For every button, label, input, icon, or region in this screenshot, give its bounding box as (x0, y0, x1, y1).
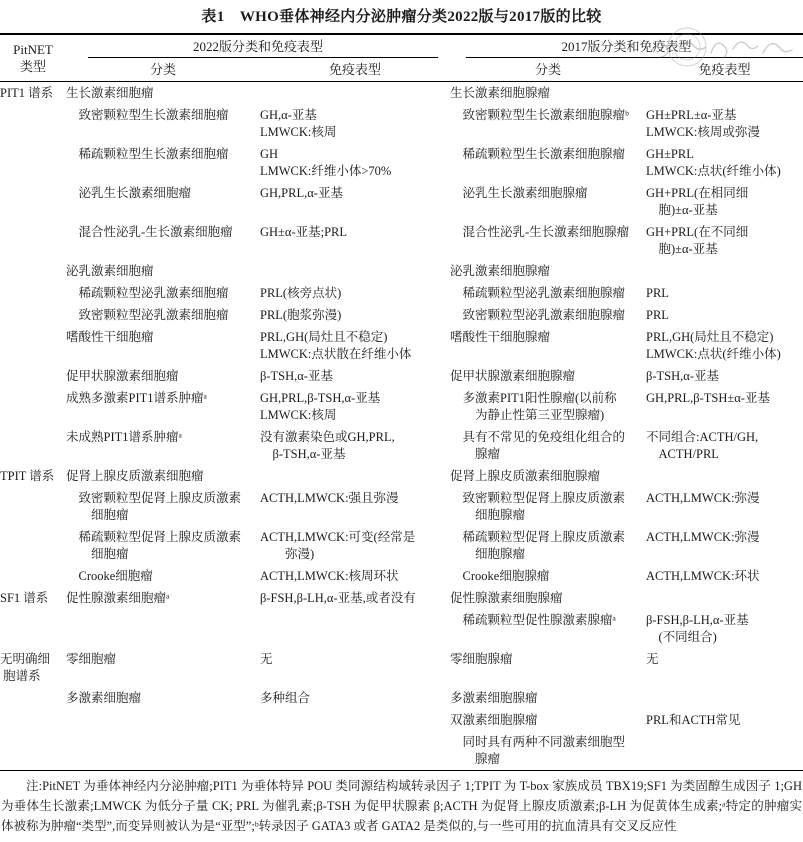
cell-lineage (0, 326, 66, 365)
cell-2017-class: 稀疏颗粒型生长激素细胞腺瘤 (450, 143, 646, 182)
cell-2017-immunophenotype: GH,PRL,β-TSH±α-亚基 (646, 387, 803, 426)
cell-2017-class: 稀疏颗粒型促肾上腺皮质激素 细胞腺瘤 (450, 526, 646, 565)
table-row: 稀疏颗粒型泌乳激素细胞瘤PRL(核旁点状) 稀疏颗粒型泌乳激素细胞腺瘤PRL (0, 282, 803, 304)
cell-2022-class: 混合性泌乳-生长激素细胞瘤 (66, 221, 260, 260)
cell-2017-immunophenotype: GH+PRL(在相同细 胞)±α-亚基 (646, 182, 803, 221)
cell-2022-immunophenotype: PRL(核旁点状) (260, 282, 450, 304)
cell-2017-class: 具有不常见的免疫组化组合的 腺瘤 (450, 426, 646, 465)
cell-2022-class: 稀疏颗粒型生长激素细胞瘤 (66, 143, 260, 182)
cell-2017-immunophenotype: β-TSH,α-亚基 (646, 365, 803, 387)
cell-2022-class (66, 731, 260, 771)
table-row: 双激素细胞腺瘤PRL和ACTH常见 (0, 709, 803, 731)
cell-2017-class: 致密颗粒型促肾上腺皮质激素 细胞腺瘤 (450, 487, 646, 526)
table-row: TPIT 谱系促肾上腺皮质激素细胞瘤促肾上腺皮质激素细胞腺瘤 (0, 465, 803, 487)
cell-lineage: TPIT 谱系 (0, 465, 66, 487)
cell-lineage (0, 282, 66, 304)
cell-2022-immunophenotype (260, 709, 450, 731)
cell-2017-class: 嗜酸性干细胞腺瘤 (450, 326, 646, 365)
cell-2017-immunophenotype: GH±PRL±α-亚基 LMWCK:核周或弥漫 (646, 104, 803, 143)
cell-2022-class: 多激素细胞瘤 (66, 687, 260, 709)
table-row: SF1 谱系促性腺激素细胞瘤ᵃβ-FSH,β-LH,α-亚基,或者没有促性腺激素… (0, 587, 803, 609)
cell-2017-immunophenotype (646, 260, 803, 282)
cell-2017-class: 稀疏颗粒型泌乳激素细胞腺瘤 (450, 282, 646, 304)
cell-2022-class: 零细胞瘤 (66, 648, 260, 687)
cell-2022-immunophenotype: GH,α-亚基 LMWCK:核周 (260, 104, 450, 143)
table-row: 无明确细 胞谱系零细胞瘤无零细胞腺瘤无 (0, 648, 803, 687)
cell-2017-class: 多激素细胞腺瘤 (450, 687, 646, 709)
cell-2017-immunophenotype: 不同组合:ACTH/GH, ACTH/PRL (646, 426, 803, 465)
header-class-2022: 分类 (66, 58, 260, 82)
cell-2017-class: 双激素细胞腺瘤 (450, 709, 646, 731)
cell-2022-immunophenotype: PRL,GH(局灶且不稳定) LMWCK:点状散在纤维小体 (260, 326, 450, 365)
table-row: Crooke细胞瘤ACTH,LMWCK:核周环状 Crooke细胞腺瘤ACTH,… (0, 565, 803, 587)
cell-2022-immunophenotype: ACTH,LMWCK:核周环状 (260, 565, 450, 587)
cell-2022-immunophenotype (260, 260, 450, 282)
cell-2017-immunophenotype: ACTH,LMWCK:弥漫 (646, 487, 803, 526)
cell-2017-immunophenotype (646, 465, 803, 487)
table-row: 多激素细胞瘤多种组合多激素细胞腺瘤 (0, 687, 803, 709)
table-row: 泌乳激素细胞瘤泌乳激素细胞腺瘤 (0, 260, 803, 282)
cell-lineage (0, 731, 66, 771)
cell-2017-class: Crooke细胞腺瘤 (450, 565, 646, 587)
cell-2017-immunophenotype (646, 731, 803, 771)
cell-2022-immunophenotype: GH,PRL,β-TSH,α-亚基 LMWCK:核周 (260, 387, 450, 426)
cell-lineage (0, 609, 66, 648)
header-pitnet-type: PitNET 类型 (0, 34, 66, 82)
cell-2017-immunophenotype: PRL (646, 282, 803, 304)
table-row: 致密颗粒型生长激素细胞瘤GH,α-亚基 LMWCK:核周 致密颗粒型生长激素细胞… (0, 104, 803, 143)
cell-2017-class: 混合性泌乳-生长激素细胞腺瘤 (450, 221, 646, 260)
cell-2022-class: 致密颗粒型泌乳激素细胞瘤 (66, 304, 260, 326)
cell-lineage (0, 104, 66, 143)
cell-2017-immunophenotype: GH±PRL LMWCK:点状(纤维小体) (646, 143, 803, 182)
cell-2017-immunophenotype: PRL和ACTH常见 (646, 709, 803, 731)
cell-2022-immunophenotype: β-TSH,α-亚基 (260, 365, 450, 387)
cell-2022-immunophenotype: 多种组合 (260, 687, 450, 709)
cell-2022-immunophenotype (260, 609, 450, 648)
cell-2022-class (66, 609, 260, 648)
table-row: 促甲状腺激素细胞瘤β-TSH,α-亚基促甲状腺激素细胞腺瘤β-TSH,α-亚基 (0, 365, 803, 387)
cell-lineage: PIT1 谱系 (0, 82, 66, 105)
comparison-table: PitNET 类型 2022版分类和免疫表型 2017版分类和免疫表型 分类 免… (0, 33, 803, 771)
cell-2017-class: 多激素PIT1阳性腺瘤(以前称 为静止性第三亚型腺瘤) (450, 387, 646, 426)
cell-lineage (0, 565, 66, 587)
cell-2017-immunophenotype: PRL (646, 304, 803, 326)
cell-2022-immunophenotype: ACTH,LMWCK:可变(经常是 弥漫) (260, 526, 450, 565)
cell-2017-class: 泌乳激素细胞腺瘤 (450, 260, 646, 282)
cell-lineage: SF1 谱系 (0, 587, 66, 609)
header-group-2022: 2022版分类和免疫表型 (66, 34, 450, 58)
cell-2022-immunophenotype (260, 465, 450, 487)
cell-2022-class: 促甲状腺激素细胞瘤 (66, 365, 260, 387)
cell-lineage (0, 143, 66, 182)
cell-2022-class: 稀疏颗粒型泌乳激素细胞瘤 (66, 282, 260, 304)
cell-2022-class: 促肾上腺皮质激素细胞瘤 (66, 465, 260, 487)
cell-2022-immunophenotype: PRL(胞浆弥漫) (260, 304, 450, 326)
cell-2017-immunophenotype: 无 (646, 648, 803, 687)
cell-2022-class: 稀疏颗粒型促肾上腺皮质激素 细胞瘤 (66, 526, 260, 565)
cell-2017-immunophenotype (646, 82, 803, 105)
cell-lineage (0, 387, 66, 426)
cell-2022-class: 嗜酸性干细胞瘤 (66, 326, 260, 365)
cell-lineage (0, 709, 66, 731)
cell-2022-class: 致密颗粒型生长激素细胞瘤 (66, 104, 260, 143)
cell-2022-class: 泌乳激素细胞瘤 (66, 260, 260, 282)
cell-2017-immunophenotype: ACTH,LMWCK:环状 (646, 565, 803, 587)
table-row: 成熟多激素PIT1谱系肿瘤ᵃGH,PRL,β-TSH,α-亚基 LMWCK:核周… (0, 387, 803, 426)
table-row: 嗜酸性干细胞瘤PRL,GH(局灶且不稳定) LMWCK:点状散在纤维小体嗜酸性干… (0, 326, 803, 365)
cell-2022-class: Crooke细胞瘤 (66, 565, 260, 587)
table-note: 注:PitNET 为垂体神经内分泌肿瘤;PIT1 为垂体特异 POU 类同源结构… (1, 776, 802, 836)
table-row: 同时具有两种不同激素细胞型 腺瘤 (0, 731, 803, 771)
table-row: 致密颗粒型泌乳激素细胞瘤PRL(胞浆弥漫) 致密颗粒型泌乳激素细胞腺瘤PRL (0, 304, 803, 326)
table-row: 稀疏颗粒型促肾上腺皮质激素 细胞瘤ACTH,LMWCK:可变(经常是 弥漫) 稀… (0, 526, 803, 565)
cell-2017-class: 稀疏颗粒型促性腺激素腺瘤ᵃ (450, 609, 646, 648)
cell-2017-immunophenotype: ACTH,LMWCK:弥漫 (646, 526, 803, 565)
document-page: 表1 WHO垂体神经内分泌肿瘤分类2022版与2017版的比较 PitNET 类… (0, 0, 803, 836)
cell-lineage (0, 687, 66, 709)
cell-2022-immunophenotype: GH LMWCK:纤维小体>70% (260, 143, 450, 182)
cell-2022-immunophenotype: ACTH,LMWCK:强且弥漫 (260, 487, 450, 526)
cell-2022-immunophenotype (260, 82, 450, 105)
cell-2017-class: 同时具有两种不同激素细胞型 腺瘤 (450, 731, 646, 771)
table-row: 未成熟PIT1谱系肿瘤ᵃ没有激素染色或GH,PRL, β-TSH,α-亚基 具有… (0, 426, 803, 465)
cell-2022-immunophenotype: 无 (260, 648, 450, 687)
cell-2022-class: 未成熟PIT1谱系肿瘤ᵃ (66, 426, 260, 465)
cell-2022-immunophenotype: β-FSH,β-LH,α-亚基,或者没有 (260, 587, 450, 609)
header-immuno-2017: 免疫表型 (646, 58, 803, 82)
header-group-2017: 2017版分类和免疫表型 (450, 34, 803, 58)
cell-2017-class: 致密颗粒型生长激素细胞腺瘤ᵇ (450, 104, 646, 143)
table-row: 混合性泌乳-生长激素细胞瘤GH±α-亚基;PRL 混合性泌乳-生长激素细胞腺瘤G… (0, 221, 803, 260)
table-row: 稀疏颗粒型生长激素细胞瘤GH LMWCK:纤维小体>70% 稀疏颗粒型生长激素细… (0, 143, 803, 182)
header-class-2017: 分类 (450, 58, 646, 82)
table-row: 泌乳生长激素细胞瘤GH,PRL,α-亚基 泌乳生长激素细胞腺瘤GH+PRL(在相… (0, 182, 803, 221)
cell-2022-class: 致密颗粒型促肾上腺皮质激素 细胞瘤 (66, 487, 260, 526)
table-row: 致密颗粒型促肾上腺皮质激素 细胞瘤ACTH,LMWCK:强且弥漫 致密颗粒型促肾… (0, 487, 803, 526)
cell-2022-immunophenotype: 没有激素染色或GH,PRL, β-TSH,α-亚基 (260, 426, 450, 465)
cell-2022-class (66, 709, 260, 731)
cell-2017-class: 生长激素细胞腺瘤 (450, 82, 646, 105)
cell-2017-immunophenotype (646, 687, 803, 709)
cell-2022-class: 泌乳生长激素细胞瘤 (66, 182, 260, 221)
cell-lineage (0, 260, 66, 282)
header-immuno-2022: 免疫表型 (260, 58, 450, 82)
cell-lineage (0, 487, 66, 526)
cell-2017-immunophenotype: GH+PRL(在不同细 胞)±α-亚基 (646, 221, 803, 260)
table-row: PIT1 谱系生长激素细胞瘤生长激素细胞腺瘤 (0, 82, 803, 105)
cell-lineage (0, 221, 66, 260)
cell-2017-class: 零细胞腺瘤 (450, 648, 646, 687)
cell-2017-class: 泌乳生长激素细胞腺瘤 (450, 182, 646, 221)
cell-2017-immunophenotype: β-FSH,β-LH,α-亚基 (不同组合) (646, 609, 803, 648)
cell-lineage (0, 182, 66, 221)
cell-lineage (0, 365, 66, 387)
cell-2022-class: 成熟多激素PIT1谱系肿瘤ᵃ (66, 387, 260, 426)
cell-2017-immunophenotype (646, 587, 803, 609)
cell-lineage: 无明确细 胞谱系 (0, 648, 66, 687)
cell-lineage (0, 426, 66, 465)
cell-2017-class: 促肾上腺皮质激素细胞腺瘤 (450, 465, 646, 487)
cell-2017-class: 促性腺激素细胞腺瘤 (450, 587, 646, 609)
table-header: PitNET 类型 2022版分类和免疫表型 2017版分类和免疫表型 分类 免… (0, 34, 803, 82)
table-body: PIT1 谱系生长激素细胞瘤生长激素细胞腺瘤 致密颗粒型生长激素细胞瘤GH,α-… (0, 82, 803, 771)
cell-2022-class: 生长激素细胞瘤 (66, 82, 260, 105)
cell-2022-class: 促性腺激素细胞瘤ᵃ (66, 587, 260, 609)
page-title: 表1 WHO垂体神经内分泌肿瘤分类2022版与2017版的比较 (0, 5, 803, 26)
cell-lineage (0, 304, 66, 326)
cell-2017-class: 促甲状腺激素细胞腺瘤 (450, 365, 646, 387)
cell-2017-class: 致密颗粒型泌乳激素细胞腺瘤 (450, 304, 646, 326)
cell-2022-immunophenotype (260, 731, 450, 771)
cell-2022-immunophenotype: GH,PRL,α-亚基 (260, 182, 450, 221)
cell-2022-immunophenotype: GH±α-亚基;PRL (260, 221, 450, 260)
cell-lineage (0, 526, 66, 565)
cell-2017-immunophenotype: PRL,GH(局灶且不稳定) LMWCK:点状(纤维小体) (646, 326, 803, 365)
table-row: 稀疏颗粒型促性腺激素腺瘤ᵃβ-FSH,β-LH,α-亚基 (不同组合) (0, 609, 803, 648)
